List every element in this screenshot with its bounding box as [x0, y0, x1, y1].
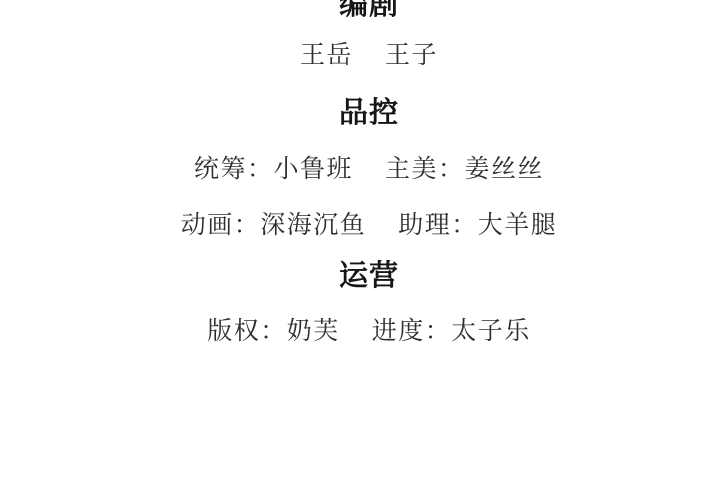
credit-entry: 统筹：小鲁班 — [194, 156, 353, 181]
credit-entry: 版权：奶芙 — [207, 318, 340, 343]
credit-entry: 进度：太子乐 — [372, 318, 531, 343]
section-heading-screenwriter: 编剧 — [36, 0, 702, 19]
credit-row: 王岳 王子 — [36, 42, 702, 67]
credit-row: 动画：深海沉鱼 助理：大羊腿 — [36, 212, 702, 237]
credit-entry: 助理：大羊腿 — [398, 212, 557, 237]
credit-row: 版权：奶芙 进度：太子乐 — [36, 318, 702, 343]
section-heading-operations: 运营 — [36, 261, 702, 290]
section-heading-quality-control: 品控 — [36, 98, 702, 127]
credit-entry: 王岳 — [300, 42, 353, 67]
credit-row: 统筹：小鲁班 主美：姜丝丝 — [36, 156, 702, 181]
credits-page: 编剧 王岳 王子 品控 统筹：小鲁班 主美：姜丝丝 动画：深海沉鱼 助理：大羊腿… — [0, 0, 702, 498]
credit-entry: 动画：深海沉鱼 — [181, 212, 367, 237]
credit-entry: 主美：姜丝丝 — [385, 156, 544, 181]
credit-entry: 王子 — [385, 42, 438, 67]
